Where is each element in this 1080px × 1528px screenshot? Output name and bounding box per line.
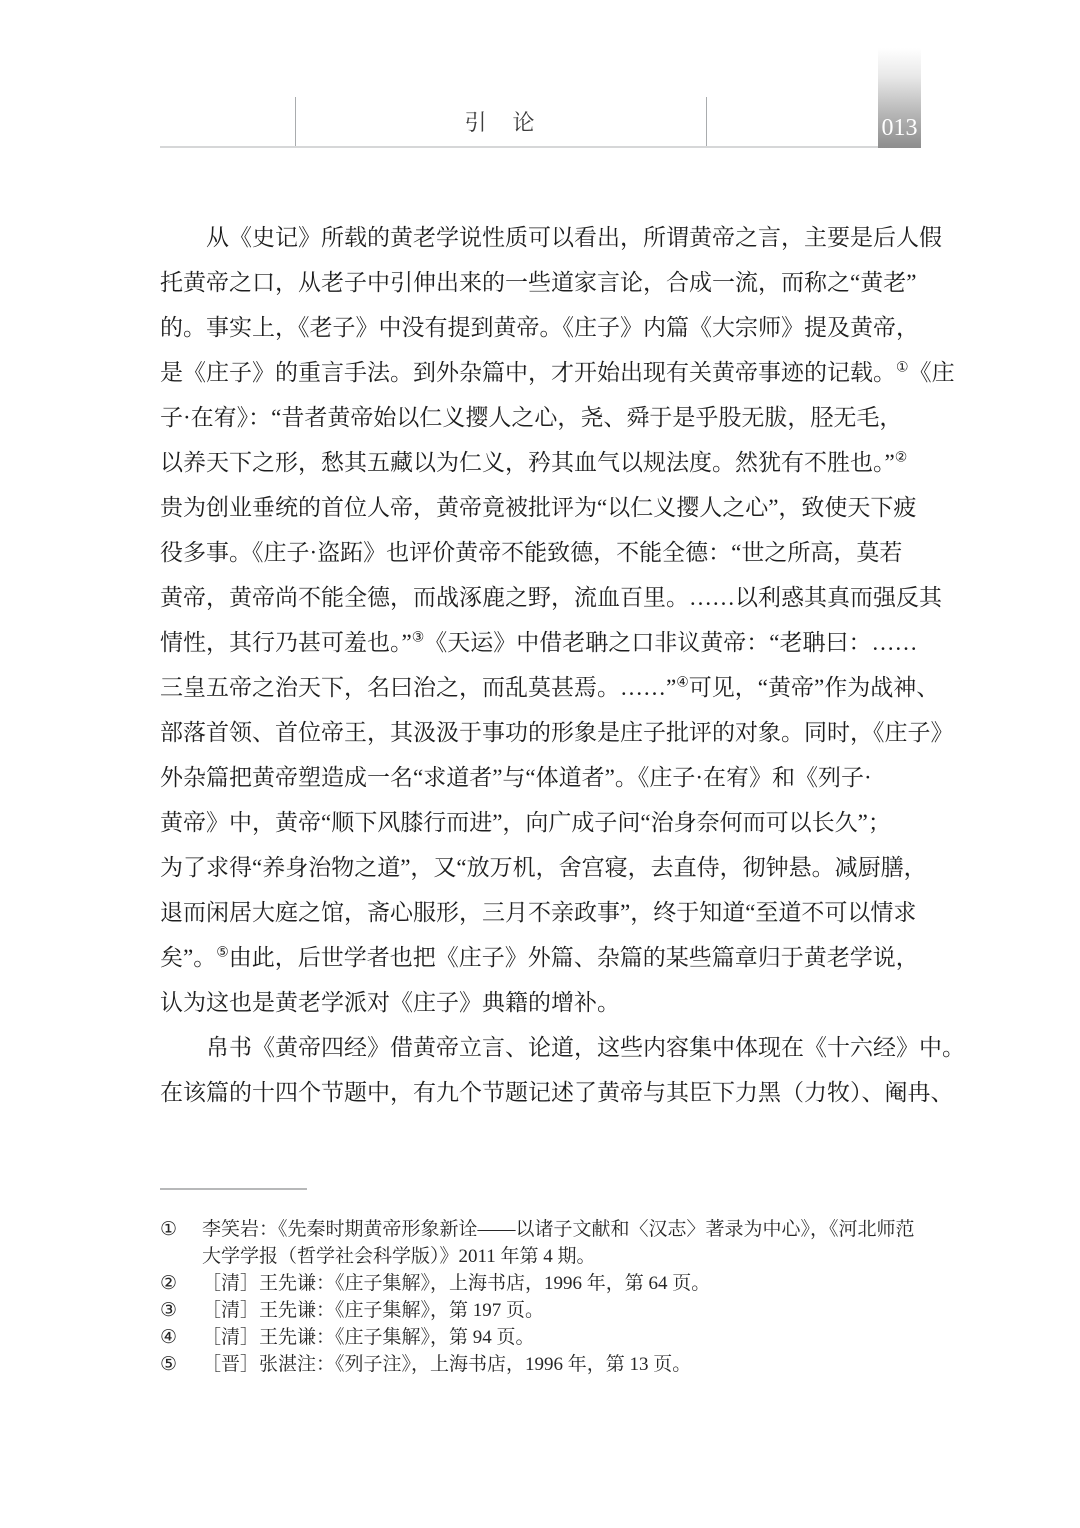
body-line: 役多事。《庄子·盗跖》也评价黄帝不能致德，不能全德：“世之所高，莫若: [160, 530, 930, 575]
body-line: 黄帝，黄帝尚不能全德，而战涿鹿之野，流血百里。……以利惑其真而强反其: [160, 575, 930, 620]
body-line: 外杂篇把黄帝塑造成一名“求道者”与“体道者”。《庄子·在宥》和《列子·: [160, 755, 930, 800]
header-vertical-rule-right: [706, 97, 707, 147]
body-line: 黄帝》中，黄帝“顺下风膝行而进”，向广成子问“治身奈何而可以长久”；: [160, 800, 930, 845]
footnote-item: ②［清］王先谦：《庄子集解》，上海书店，1996 年，第 64 页。: [160, 1270, 932, 1297]
body-line: 在该篇的十四个节题中，有九个节题记述了黄帝与其臣下力黑（力牧）、阉冉、: [160, 1070, 930, 1115]
running-head-title: 引 论: [295, 106, 706, 137]
footnote-reference: ④: [676, 675, 689, 690]
footnote-reference: ①: [896, 360, 909, 375]
footnote-item: ③［清］王先谦：《庄子集解》，第 197 页。: [160, 1297, 932, 1324]
footnote-text: ［晋］张湛注：《列子注》，上海书店，1996 年，第 13 页。: [202, 1351, 932, 1378]
page-number: 013: [882, 116, 918, 148]
body-line: 为了求得“养身治物之道”，又“放万机，舍宫寝，去直侍，彻钟悬。减厨膳，: [160, 845, 930, 890]
body-line: 子·在宥》：“昔者黄帝始以仁义撄人之心，尧、舜于是乎股无胈，胫无毛，: [160, 395, 930, 440]
footnote-reference: ③: [412, 630, 425, 645]
body-line: 三皇五帝之治天下，名曰治之，而乱莫甚焉。……”④可见，“黄帝”作为战神、: [160, 665, 930, 710]
footnote-marker: ①: [160, 1216, 202, 1243]
footnote-marker: ④: [160, 1324, 202, 1351]
book-page: 引 论 013 从《史记》所载的黄老学说性质可以看出，所谓黄帝之言，主要是后人假…: [0, 0, 1080, 1528]
footnote-text: 李笑岩：《先秦时期黄帝形象新诠——以诸子文献和〈汉志〉著录为中心》，《河北师范大…: [202, 1216, 932, 1270]
body-line: 退而闲居大庭之馆，斋心服形，三月不亲政事”，终于知道“至道不可以情求: [160, 890, 930, 935]
body-line: 矣”。⑤由此，后世学者也把《庄子》外篇、杂篇的某些篇章归于黄老学说，: [160, 935, 930, 980]
footnote-marker: ②: [160, 1270, 202, 1297]
body-line: 部落首领、首位帝王，其汲汲于事功的形象是庄子批评的对象。同时，《庄子》: [160, 710, 930, 755]
footnote-item: ④［清］王先谦：《庄子集解》，第 94 页。: [160, 1324, 932, 1351]
body-line: 托黄帝之口，从老子中引伸出来的一些道家言论，合成一流，而称之“黄老”: [160, 260, 930, 305]
footnote-text: ［清］王先谦：《庄子集解》，第 197 页。: [202, 1297, 932, 1324]
body-line: 认为这也是黄老学派对《庄子》典籍的增补。: [160, 980, 930, 1025]
body-line: 贵为创业垂统的首位人帝，黄帝竟被批评为“以仁义撄人之心”，致使天下疲: [160, 485, 930, 530]
footnotes-section: ①李笑岩：《先秦时期黄帝形象新诠——以诸子文献和〈汉志〉著录为中心》，《河北师范…: [160, 1188, 932, 1378]
footnote-text: ［清］王先谦：《庄子集解》，上海书店，1996 年，第 64 页。: [202, 1270, 932, 1297]
footnote-item: ①李笑岩：《先秦时期黄帝形象新诠——以诸子文献和〈汉志〉著录为中心》，《河北师范…: [160, 1216, 932, 1270]
body-text: 从《史记》所载的黄老学说性质可以看出，所谓黄帝之言，主要是后人假托黄帝之口，从老…: [160, 215, 930, 1115]
body-line: 情性，其行乃甚可羞也。”③《天运》中借老聃之口非议黄帝：“老聃曰：……: [160, 620, 930, 665]
footnote-text: ［清］王先谦：《庄子集解》，第 94 页。: [202, 1324, 932, 1351]
footnote-reference: ⑤: [216, 945, 229, 960]
page-number-badge: 013: [878, 48, 921, 148]
body-line: 从《史记》所载的黄老学说性质可以看出，所谓黄帝之言，主要是后人假: [160, 215, 930, 260]
header-horizontal-rule: [160, 146, 921, 148]
footnote-reference: ②: [895, 450, 908, 465]
body-line: 帛书《黄帝四经》借黄帝立言、论道，这些内容集中体现在《十六经》中。: [160, 1025, 930, 1070]
footnote-marker: ⑤: [160, 1351, 202, 1378]
body-line: 是《庄子》的重言手法。到外杂篇中，才开始出现有关黄帝事迹的记载。①《庄: [160, 350, 930, 395]
body-line: 的。事实上，《老子》中没有提到黄帝。《庄子》内篇《大宗师》提及黄帝，: [160, 305, 930, 350]
footnote-item: ⑤［晋］张湛注：《列子注》，上海书店，1996 年，第 13 页。: [160, 1351, 932, 1378]
footnote-marker: ③: [160, 1297, 202, 1324]
footnote-divider: [160, 1188, 307, 1190]
footnote-list: ①李笑岩：《先秦时期黄帝形象新诠——以诸子文献和〈汉志〉著录为中心》，《河北师范…: [160, 1216, 932, 1378]
body-line: 以养天下之形，愁其五藏以为仁义，矜其血气以规法度。然犹有不胜也。”②: [160, 440, 930, 485]
